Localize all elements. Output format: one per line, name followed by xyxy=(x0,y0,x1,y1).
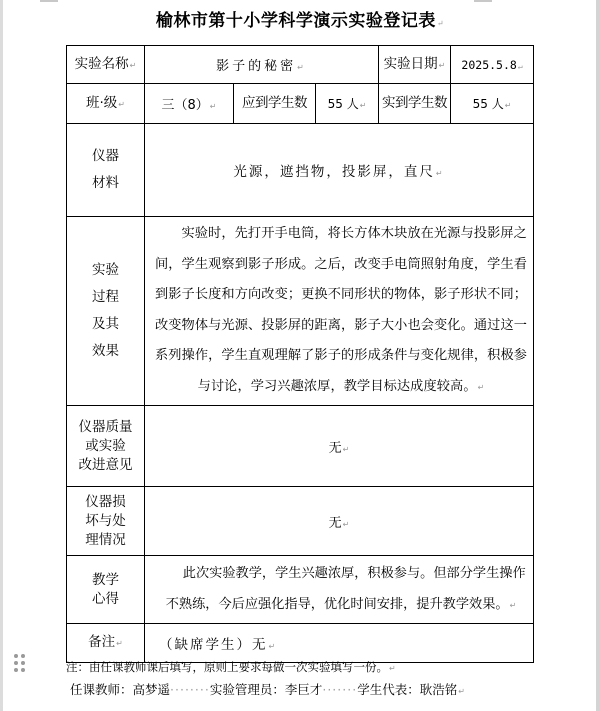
process-label-line-3: 及其 xyxy=(67,311,144,338)
class-value: 三（8） xyxy=(162,98,209,113)
row-class-info: 班·级↵ 三（8）↵ 应到学生数 55 人↵ 实到学生数 55 人↵ xyxy=(67,84,534,124)
row-equipment: 仪器 材料 光源，遮挡物，投影屏，直尺↵ xyxy=(67,124,534,217)
damage-value: 无 xyxy=(329,516,342,531)
equipment-label-line-2: 材料 xyxy=(67,170,144,197)
signers-line: 任课教师：高梦遥········实验管理员：李巨才·······学生代表：耿浩铭… xyxy=(70,680,465,698)
row-remarks: 备注↵ （缺席学生）无↵ xyxy=(67,624,534,663)
dot-leader: ······· xyxy=(322,682,357,697)
experiment-name-label-cell: 实验名称↵ xyxy=(67,46,145,84)
footnote: 注：由任课教师课后填写，原则上要求每做一次实验填写一份。↵ xyxy=(66,659,396,675)
actual-students-label-cell: 实到学生数 xyxy=(379,84,451,124)
improvement-value: 无 xyxy=(329,441,342,456)
improvement-label-line-2: 或实验 xyxy=(67,437,144,456)
damage-label-line-1: 仪器损 xyxy=(67,493,144,512)
actual-students-value: 55 人 xyxy=(473,97,504,111)
reflection-value: 此次实验教学，学生兴趣浓厚，积极参与。但部分学生操作不熟练，今后应强化指导，优化… xyxy=(166,566,526,612)
experiment-name-value-cell[interactable]: 影子的秘密↵ xyxy=(145,46,379,84)
row-process: 实验 过程 及其 效果 实验时，先打开手电筒，将长方体木块放在光源与投影屏之间，… xyxy=(67,217,534,406)
block-drag-handle-icon[interactable] xyxy=(14,654,28,674)
paragraph-mark-icon: ↵ xyxy=(437,19,444,28)
expected-students-value: 55 人 xyxy=(328,97,359,111)
equipment-label-cell: 仪器 材料 xyxy=(67,124,145,217)
experiment-date-label-cell: 实验日期↵ xyxy=(379,46,451,84)
reflection-value-cell[interactable]: 此次实验教学，学生兴趣浓厚，积极参与。但部分学生操作不熟练，今后应强化指导，优化… xyxy=(145,556,534,624)
lab-manager-name: 李巨才 xyxy=(285,682,323,697)
page-edge-right xyxy=(596,0,600,711)
equipment-value-cell[interactable]: 光源，遮挡物，投影屏，直尺↵ xyxy=(145,124,534,217)
page-edge-left xyxy=(0,0,3,711)
improvement-label-line-1: 仪器质量 xyxy=(67,418,144,437)
document-page: 榆林市第十小学科学演示实验登记表↵ 实验名称↵ 影子的秘密↵ 实验日期↵ 202… xyxy=(0,0,600,711)
damage-label-cell: 仪器损 坏与处 理情况 xyxy=(67,487,145,556)
margin-corner-mark-right xyxy=(474,0,492,2)
expected-students-label-cell: 应到学生数 xyxy=(234,84,316,124)
damage-value-cell[interactable]: 无↵ xyxy=(145,487,534,556)
remarks-label-cell: 备注↵ xyxy=(67,624,145,663)
remarks-value-cell[interactable]: （缺席学生）无↵ xyxy=(145,624,534,663)
row-improvement: 仪器质量 或实验 改进意见 无↵ xyxy=(67,406,534,487)
reflection-label-line-2: 心得 xyxy=(67,590,144,609)
margin-corner-mark-left xyxy=(40,0,58,2)
row-reflection: 教学 心得 此次实验教学，学生兴趣浓厚，积极参与。但部分学生操作不熟练，今后应强… xyxy=(67,556,534,624)
equipment-label-line-1: 仪器 xyxy=(67,143,144,170)
remarks-value: （缺席学生）无 xyxy=(159,637,268,653)
reflection-label-line-1: 教学 xyxy=(67,571,144,590)
student-rep-label: 学生代表： xyxy=(357,682,420,697)
improvement-label-line-3: 改进意见 xyxy=(67,456,144,475)
process-value: 实验时，先打开手电筒，将长方体木块放在光源与投影屏之间，学生观察到影子形成。之后… xyxy=(155,226,527,394)
process-label-line-1: 实验 xyxy=(67,257,144,284)
class-label-cell: 班·级↵ xyxy=(67,84,145,124)
experiment-date-value-cell[interactable]: 2025.5.8↵ xyxy=(451,46,534,84)
improvement-value-cell[interactable]: 无↵ xyxy=(145,406,534,487)
dot-leader: ········ xyxy=(170,682,210,697)
document-title: 榆林市第十小学科学演示实验登记表↵ xyxy=(0,6,600,31)
experiment-date-value: 2025.5.8 xyxy=(461,58,516,72)
experiment-date-label: 实验日期 xyxy=(384,56,438,72)
teacher-name: 高梦遥 xyxy=(133,682,171,697)
damage-label-line-3: 理情况 xyxy=(67,531,144,550)
expected-students-value-cell[interactable]: 55 人↵ xyxy=(316,84,379,124)
actual-students-value-cell[interactable]: 55 人↵ xyxy=(451,84,534,124)
remarks-label: 备注 xyxy=(88,634,115,650)
class-value-cell[interactable]: 三（8）↵ xyxy=(145,84,234,124)
row-damage: 仪器损 坏与处 理情况 无↵ xyxy=(67,487,534,556)
process-label-line-4: 效果 xyxy=(67,338,144,365)
lab-manager-label: 实验管理员： xyxy=(210,682,285,697)
student-rep-name: 耿浩铭 xyxy=(420,682,458,697)
expected-students-label: 应到学生数 xyxy=(242,95,307,111)
experiment-name-label: 实验名称 xyxy=(75,56,129,72)
footnote-text: 注：由任课教师课后填写，原则上要求每做一次实验填写一份。 xyxy=(66,660,388,674)
reflection-label-cell: 教学 心得 xyxy=(67,556,145,624)
teacher-label: 任课教师： xyxy=(70,682,133,697)
process-label-cell: 实验 过程 及其 效果 xyxy=(67,217,145,406)
improvement-label-cell: 仪器质量 或实验 改进意见 xyxy=(67,406,145,487)
damage-label-line-2: 坏与处 xyxy=(67,512,144,531)
process-label-line-2: 过程 xyxy=(67,284,144,311)
actual-students-label: 实到学生数 xyxy=(382,95,447,111)
experiment-name-value: 影子的秘密 xyxy=(216,59,296,74)
row-experiment-name: 实验名称↵ 影子的秘密↵ 实验日期↵ 2025.5.8↵ xyxy=(67,46,534,84)
document-title-text: 榆林市第十小学科学演示实验登记表 xyxy=(156,11,436,31)
process-value-cell[interactable]: 实验时，先打开手电筒，将长方体木块放在光源与投影屏之间，学生观察到影子形成。之后… xyxy=(145,217,534,406)
class-label: 班·级 xyxy=(86,95,117,111)
registration-form-table: 实验名称↵ 影子的秘密↵ 实验日期↵ 2025.5.8↵ 班·级↵ 三（8）↵ … xyxy=(66,45,534,663)
equipment-value: 光源，遮挡物，投影屏，直尺 xyxy=(233,164,435,180)
